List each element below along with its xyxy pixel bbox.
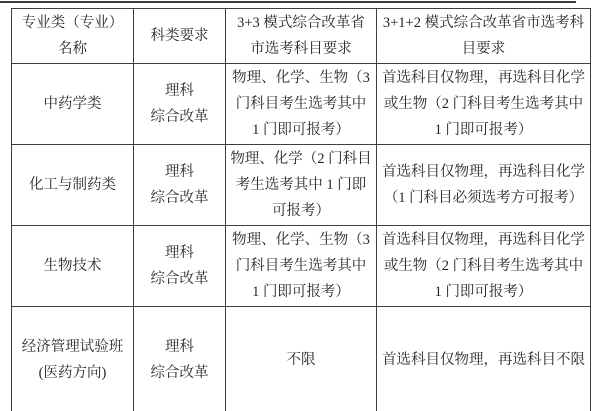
cell-3plus1plus2-requirement: 首选科目仅物理，再选科目不限 <box>377 307 591 411</box>
table-row: 中药学类 理科 综合改革 物理、化学、生物（3 门科目考生选考其中 1 门即可报… <box>12 64 591 145</box>
cell-3plus3-requirement: 物理、化学、生物（3 门科目考生选考其中 1 门即可报考） <box>226 226 377 307</box>
cell-3plus3-requirement: 物理、化学、生物（3 门科目考生选考其中 1 门即可报考） <box>226 64 377 145</box>
table-row: 生物技术 理科 综合改革 物理、化学、生物（3 门科目考生选考其中 1 门即可报… <box>12 226 591 307</box>
table-header-row: 专业类（专业） 名称 科类要求 3+3 模式综合改革省 市选考科目要求 3+1+… <box>12 9 591 64</box>
cell-3plus1plus2-requirement: 首选科目仅物理，再选科目化学 或生物（2 门科目考生选考其中 1 门即可报考） <box>377 226 591 307</box>
cell-major-name: 中药学类 <box>12 64 134 145</box>
cell-major-name: 生物技术 <box>12 226 134 307</box>
top-partial-rule <box>0 1 576 3</box>
header-3plus3-requirement: 3+3 模式综合改革省 市选考科目要求 <box>226 9 377 64</box>
cell-major-name: 化工与制药类 <box>12 145 134 226</box>
header-major-name: 专业类（专业） 名称 <box>12 9 134 64</box>
cell-subject-category: 理科 综合改革 <box>134 64 226 145</box>
cell-3plus1plus2-requirement: 首选科目仅物理，再选科目化学 （1 门科目必须选考方可报考） <box>377 145 591 226</box>
cell-3plus3-requirement: 不限 <box>226 307 377 411</box>
cell-3plus3-requirement: 物理、化学（2 门科目 考生选考其中 1 门即 可报考） <box>226 145 377 226</box>
cell-subject-category: 理科 综合改革 <box>134 145 226 226</box>
cell-subject-category: 理科 综合改革 <box>134 226 226 307</box>
cell-major-name: 经济管理试验班 (医药方向) <box>12 307 134 411</box>
cell-3plus1plus2-requirement: 首选科目仅物理，再选科目化学 或生物（2 门科目考生选考其中 1 门即可报考） <box>377 64 591 145</box>
header-subject-category: 科类要求 <box>134 9 226 64</box>
cell-subject-category: 理科 综合改革 <box>134 307 226 411</box>
header-3plus1plus2-requirement: 3+1+2 模式综合改革省市选考科 目要求 <box>377 9 591 64</box>
table-row: 化工与制药类 理科 综合改革 物理、化学（2 门科目 考生选考其中 1 门即 可… <box>12 145 591 226</box>
table-row: 经济管理试验班 (医药方向) 理科 综合改革 不限 首选科目仅物理，再选科目不限 <box>12 307 591 411</box>
subject-requirement-table: 专业类（专业） 名称 科类要求 3+3 模式综合改革省 市选考科目要求 3+1+… <box>11 8 591 411</box>
